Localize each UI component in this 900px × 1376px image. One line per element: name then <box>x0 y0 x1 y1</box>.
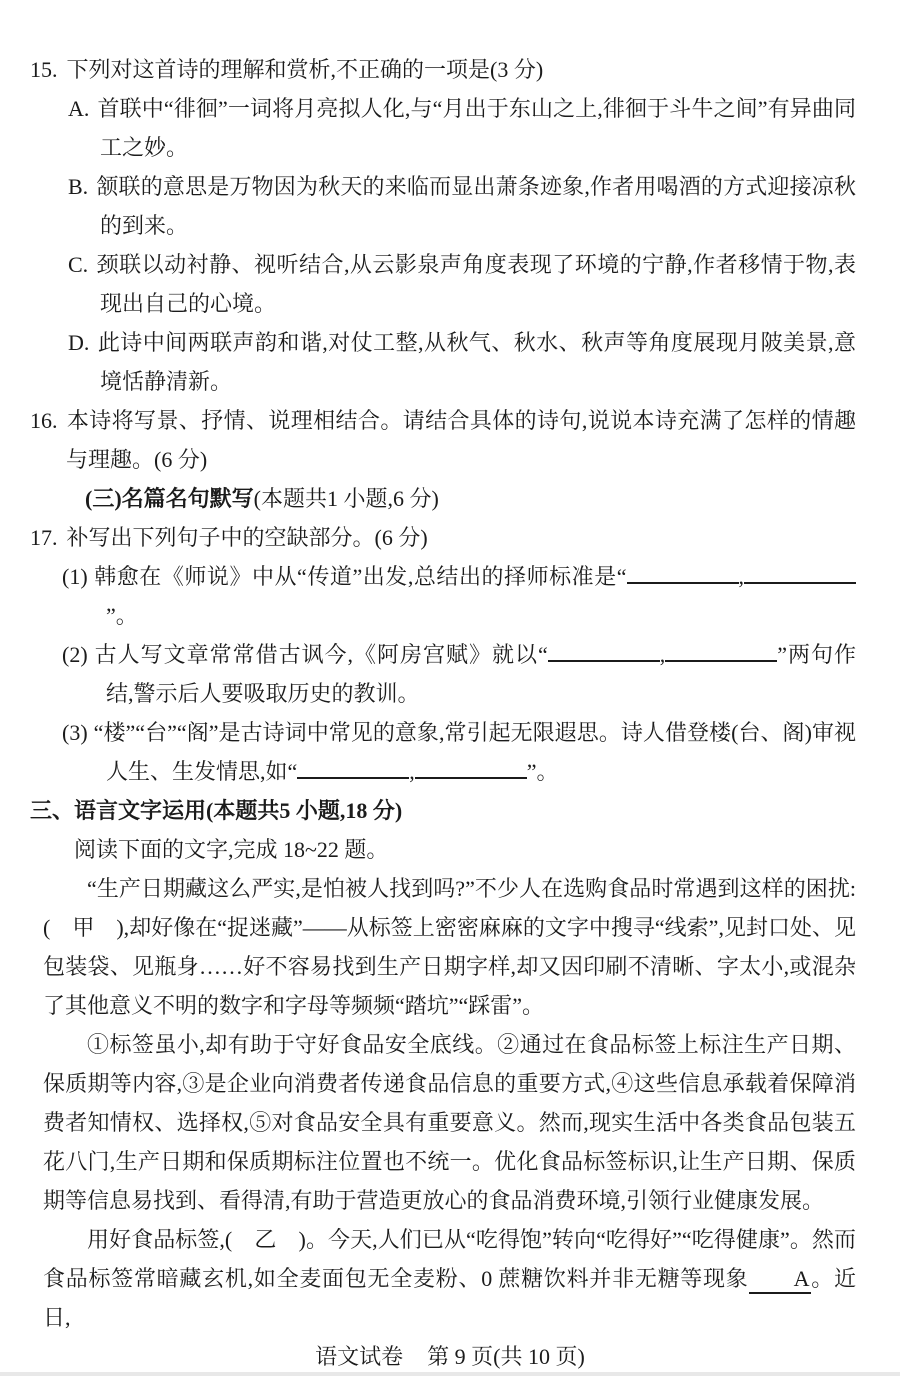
question-17-item-1: (1)韩愈在《师说》中从“传道”出发,总结出的择师标准是“,”。 <box>62 557 856 635</box>
option-a-label: A. <box>68 96 97 121</box>
answer-blank <box>665 660 777 662</box>
question-15-stem: 下列对这首诗的理解和赏析,不正确的一项是(3 分) <box>67 57 544 82</box>
passage-paragraph-1: “生产日期藏这么严实,是怕被人找到吗?”不少人在选购食品时常遇到这样的困扰:( … <box>43 869 856 1025</box>
question-16-stem: 本诗将写景、抒情、说理相结合。请结合具体的诗句,说说本诗充满了怎样的情趣与理趣。… <box>66 408 856 472</box>
question-15: 15.下列对这首诗的理解和赏析,不正确的一项是(3 分) <box>30 50 856 89</box>
question-16-number: 16. <box>30 408 67 433</box>
item-1-separator: , <box>739 564 745 589</box>
option-d-text: 此诗中间两联声韵和谐,对仗工整,从秋气、秋水、秋声等角度展现月陂美景,意境恬静清… <box>97 330 856 394</box>
question-17-stem: 补写出下列句子中的空缺部分。(6 分) <box>67 525 428 550</box>
item-1-text-end: ”。 <box>106 603 138 628</box>
section-language-title: 三、语言文字运用 <box>30 798 206 823</box>
passage-paragraph-2: ①标签虽小,却有助于守好食品安全底线。②通过在食品标签上标注生产日期、保质期等内… <box>43 1025 856 1220</box>
item-2-label: (2) <box>62 642 94 667</box>
item-2-text: 古人写文章常常借古讽今,《阿房宫赋》就以“ <box>94 642 548 667</box>
footer-paper-title: 语文试卷 <box>303 1344 415 1369</box>
section-dictation-title: (三)名篇名句默写 <box>85 486 254 511</box>
section-language-meta: (本题共5 小题,18 分) <box>206 798 402 823</box>
footer-page-number: 第 9 页(共 10 页) <box>415 1344 597 1369</box>
passage-intro: 阅读下面的文字,完成 18~22 题。 <box>30 830 856 869</box>
question-17-number: 17. <box>30 525 67 550</box>
question-15-number: 15. <box>30 57 67 82</box>
question-15-option-b: B.颔联的意思是万物因为秋天的来临而显出萧条迹象,作者用喝酒的方式迎接凉秋的到来… <box>68 167 856 245</box>
item-3-label: (3) <box>62 720 94 745</box>
option-d-label: D. <box>68 330 97 355</box>
item-1-label: (1) <box>62 564 94 589</box>
item-3-separator: , <box>409 759 415 784</box>
option-a-text: 首联中“徘徊”一词将月亮拟人化,与“月出于东山之上,徘徊于斗牛之间”有异曲同工之… <box>97 96 856 160</box>
answer-blank-a: A <box>749 1266 811 1294</box>
option-b-label: B. <box>68 174 96 199</box>
answer-blank <box>297 777 409 779</box>
passage-3-text: 用好食品标签,( 乙 )。今天,人们已从“吃得饱”转向“吃得好”“吃得健康”。然… <box>43 1227 856 1291</box>
page-footer: 语文试卷第 9 页(共 10 页) <box>0 1337 900 1376</box>
exam-paper-page: 15.下列对这首诗的理解和赏析,不正确的一项是(3 分) A.首联中“徘徊”一词… <box>0 0 900 1372</box>
answer-blank <box>744 582 856 584</box>
answer-blank <box>627 582 739 584</box>
passage-paragraph-3: 用好食品标签,( 乙 )。今天,人们已从“吃得饱”转向“吃得好”“吃得健康”。然… <box>43 1220 856 1337</box>
question-15-option-a: A.首联中“徘徊”一词将月亮拟人化,与“月出于东山之上,徘徊于斗牛之间”有异曲同… <box>68 89 856 167</box>
question-17-item-2: (2)古人写文章常常借古讽今,《阿房宫赋》就以“,”两句作结,警示后人要吸取历史… <box>62 635 856 713</box>
question-15-option-d: D.此诗中间两联声韵和谐,对仗工整,从秋气、秋水、秋声等角度展现月陂美景,意境恬… <box>68 323 856 401</box>
item-1-text: 韩愈在《师说》中从“传道”出发,总结出的择师标准是“ <box>94 564 627 589</box>
item-3-text: “楼”“台”“阁”是古诗词中常见的意象,常引起无限遐思。诗人借登楼(台、阁)审视… <box>94 720 856 784</box>
option-c-label: C. <box>68 252 96 277</box>
option-c-text: 颈联以动衬静、视听结合,从云影泉声角度表现了环境的宁静,作者移情于物,表现出自己… <box>96 252 856 316</box>
option-b-text: 颔联的意思是万物因为秋天的来临而显出萧条迹象,作者用喝酒的方式迎接凉秋的到来。 <box>96 174 856 238</box>
section-dictation-meta: (本题共1 小题,6 分) <box>254 486 439 511</box>
section-dictation-heading: (三)名篇名句默写(本题共1 小题,6 分) <box>85 479 856 518</box>
question-17: 17.补写出下列句子中的空缺部分。(6 分) <box>30 518 856 557</box>
answer-blank <box>415 777 527 779</box>
question-17-item-3: (3)“楼”“台”“阁”是古诗词中常见的意象,常引起无限遐思。诗人借登楼(台、阁… <box>62 713 856 791</box>
item-2-separator: , <box>660 642 666 667</box>
question-16: 16.本诗将写景、抒情、说理相结合。请结合具体的诗句,说说本诗充满了怎样的情趣与… <box>30 401 856 479</box>
question-15-option-c: C.颈联以动衬静、视听结合,从云影泉声角度表现了环境的宁静,作者移情于物,表现出… <box>68 245 856 323</box>
section-language-heading: 三、语言文字运用(本题共5 小题,18 分) <box>30 791 856 830</box>
item-3-text-end: ”。 <box>527 759 559 784</box>
answer-blank <box>548 660 660 662</box>
